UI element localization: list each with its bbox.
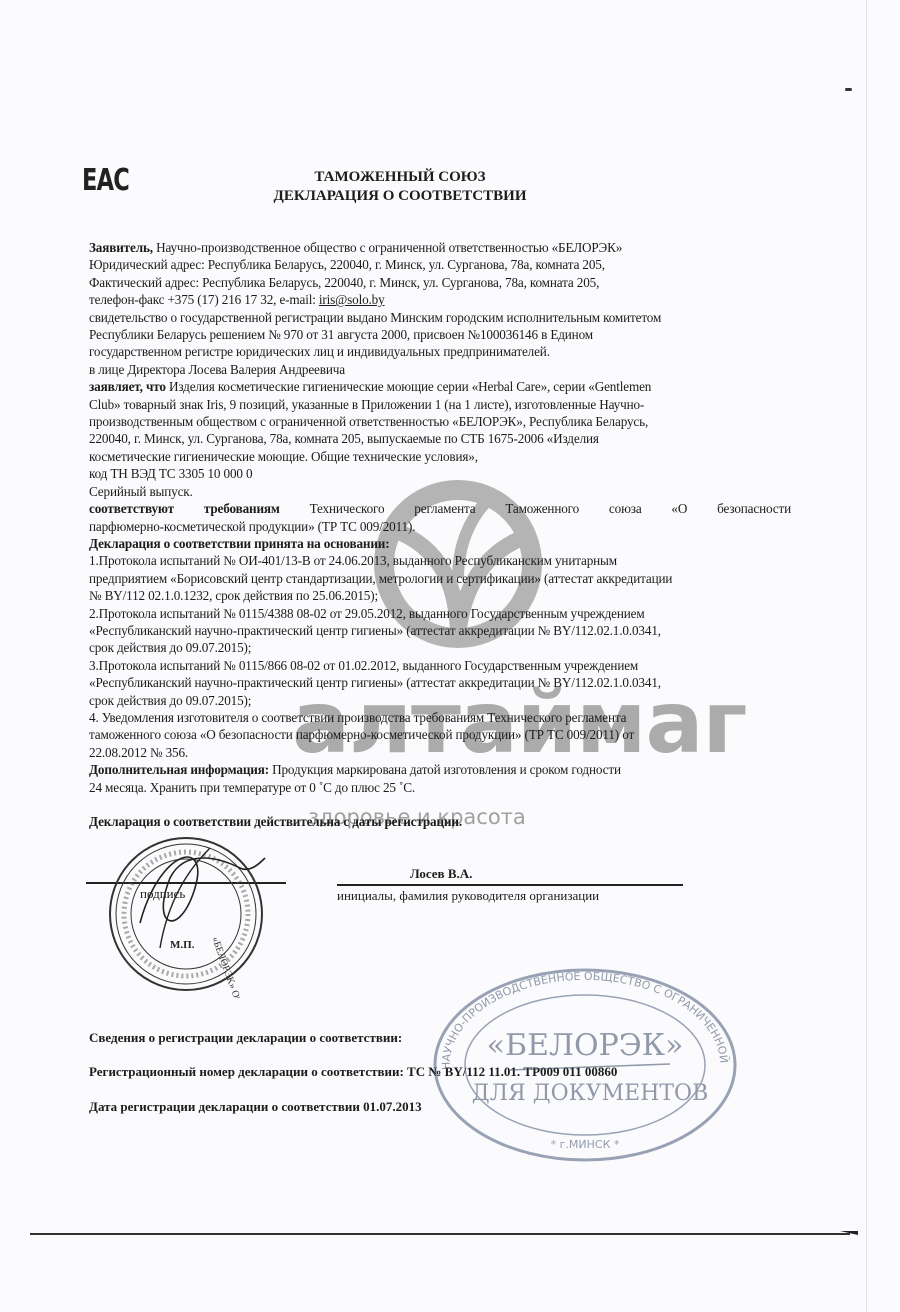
svg-text:ДЛЯ ДОКУМЕНТОВ: ДЛЯ ДОКУМЕНТОВ bbox=[472, 1081, 709, 1106]
basis-item: «Республиканский научно-практический цен… bbox=[89, 674, 791, 691]
registration-date: Дата регистрации декларации о соответств… bbox=[89, 1099, 422, 1115]
title-line-2: ДЕКЛАРАЦИЯ О СООТВЕТСТВИИ bbox=[180, 187, 620, 206]
title-line-1: ТАМОЖЕННЫЙ СОЮЗ bbox=[180, 168, 620, 187]
svg-text:М.П.: М.П. bbox=[170, 939, 195, 951]
declaration-body: Заявитель, Научно-производственное общес… bbox=[89, 239, 791, 830]
basis-item: «Республиканский научно-практический цен… bbox=[89, 622, 791, 639]
signatory-name: Лосев В.А. bbox=[410, 866, 472, 882]
product-line: косметические гигиенические моющие. Общи… bbox=[89, 448, 791, 465]
contact-line: телефон-факс +375 (17) 216 17 32, e-mail… bbox=[89, 291, 791, 308]
svg-text:«БЕЛОРЭК»: «БЕЛОРЭК» bbox=[487, 1028, 684, 1063]
page-edge bbox=[866, 0, 867, 1312]
basis-item: 2.Протокола испытаний № 0115/4388 08-02 … bbox=[89, 605, 791, 622]
basis-item: 4. Уведомления изготовителя о соответств… bbox=[89, 709, 791, 726]
eac-logo: ЕАС bbox=[82, 163, 129, 198]
basis-item: 1.Протокола испытаний № ОИ-401/13-В от 2… bbox=[89, 552, 791, 569]
registration-cert-line: государственном регистре юридических лиц… bbox=[89, 343, 791, 360]
email-link[interactable]: iris@solo.by bbox=[319, 292, 385, 307]
basis-item: предприятием «Борисовский центр стандарт… bbox=[89, 570, 791, 587]
basis-item: таможенного союза «О безопасности парфюм… bbox=[89, 726, 791, 743]
additional-info: 24 месяца. Хранить при температуре от 0 … bbox=[89, 779, 791, 796]
hs-code: код ТН ВЭД ТС 3305 10 000 0 bbox=[89, 465, 791, 482]
footer-rule-end bbox=[840, 1231, 858, 1235]
serial-release: Серийный выпуск. bbox=[89, 483, 791, 500]
name-line bbox=[337, 884, 683, 886]
svg-text:* г.МИНСК *: * г.МИНСК * bbox=[551, 1138, 620, 1151]
actual-address: Фактический адрес: Республика Беларусь, … bbox=[89, 274, 791, 291]
registration-heading: Сведения о регистрации декларации о соот… bbox=[89, 1030, 402, 1046]
basis-item: срок действия до 09.07.2015); bbox=[89, 639, 791, 656]
compliance-line: соответствуют требованиям Технического р… bbox=[89, 500, 791, 517]
legal-address: Юридический адрес: Республика Беларусь, … bbox=[89, 256, 791, 273]
basis-item: 22.08.2012 № 356. bbox=[89, 744, 791, 761]
basis-item: 3.Протокола испытаний № 0115/866 08-02 о… bbox=[89, 657, 791, 674]
represented-by: в лице Директора Лосева Валерия Андрееви… bbox=[89, 361, 791, 378]
basis-heading: Декларация о соответствии принята на осн… bbox=[89, 535, 791, 552]
product-line: заявляет, что Изделия косметические гиги… bbox=[89, 378, 791, 395]
product-line: производственным обществом с ограниченно… bbox=[89, 413, 791, 430]
documents-stamp-icon: НАУЧНО-ПРОИЗВОДСТВЕННОЕ ОБЩЕСТВО С ОГРАН… bbox=[420, 960, 750, 1170]
compliance-line: парфюмерно-косметической продукции» (ТР … bbox=[89, 518, 791, 535]
additional-info: Дополнительная информация: Продукция мар… bbox=[89, 761, 791, 778]
name-caption: инициалы, фамилия руководителя организац… bbox=[337, 888, 599, 904]
applicant-line: Заявитель, Научно-производственное общес… bbox=[89, 239, 791, 256]
registration-cert-line: Республики Беларусь решением № 970 от 31… bbox=[89, 326, 791, 343]
footer-rule bbox=[30, 1233, 850, 1235]
registration-cert-line: свидетельство о государственной регистра… bbox=[89, 309, 791, 326]
document-title: ТАМОЖЕННЫЙ СОЮЗ ДЕКЛАРАЦИЯ О СООТВЕТСТВИ… bbox=[180, 168, 620, 206]
scan-mark bbox=[845, 88, 852, 91]
declaration-document: ЕАС ТАМОЖЕННЫЙ СОЮЗ ДЕКЛАРАЦИЯ О СООТВЕТ… bbox=[0, 0, 900, 1312]
product-line: Club» товарный знак Iris, 9 позиций, ука… bbox=[89, 396, 791, 413]
company-seal-stamp-icon: М.П. «БЕЛОРЭК» ООО bbox=[100, 828, 275, 998]
product-line: 220040, г. Минск, ул. Сурганова, 78а, ко… bbox=[89, 430, 791, 447]
basis-item: срок действия до 09.07.2015); bbox=[89, 692, 791, 709]
basis-item: № BY/112 02.1.0.1232, срок действия по 2… bbox=[89, 587, 791, 604]
